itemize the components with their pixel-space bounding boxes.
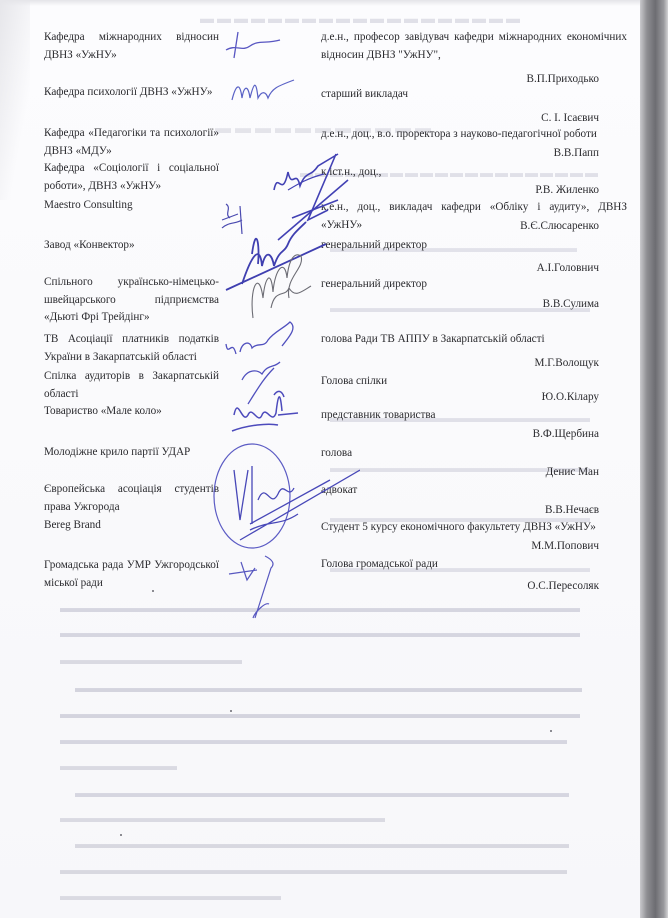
signature-icon (228, 385, 308, 441)
scan-top-shadow (0, 0, 640, 6)
organization-name: Кафедра міжнародних відносин ДВНЗ «УжНУ» (44, 29, 219, 64)
signature-icon (218, 318, 318, 408)
signer-name: В.В.Нечаєв (545, 502, 599, 520)
organization-name: Громадська рада УМР Ужгородської міської… (44, 557, 219, 592)
signature-icon (222, 28, 284, 64)
organization-name: Кафедра «Педагогіки та психології» ДВНЗ … (44, 125, 219, 160)
scanned-page: ▬▬▬▬▬▬▬▬▬▬▬▬▬▬▬▬▬▬▬ ▬▬▬▬▬▬▬▬▬▬▬ ▬▬▬▬▬▬▬▬… (0, 0, 640, 918)
organization-name: Bereg Brand (44, 517, 219, 535)
signer-position: д.е.н., доц., в.о. проректора з науково-… (321, 126, 627, 144)
signer-position: генеральний директор (321, 276, 627, 294)
signer-position: к.іст.н., доц., (321, 164, 627, 182)
signer-position: генеральний директор (321, 237, 627, 255)
page-fold-shadow (0, 0, 30, 200)
signer-position: представник товариства (321, 407, 627, 425)
signature-icon (225, 552, 315, 622)
signer-position: д.е.н., професор завідувач кафедри міжна… (321, 29, 627, 64)
signer-name: В.В.Сулима (543, 296, 599, 314)
signer-name: Денис Ман (546, 464, 599, 482)
organization-name: Молодіжне крило партії УДАР (44, 444, 219, 462)
signer-name: В.Ф.Щербина (533, 426, 599, 444)
organization-name: ТВ Асоціації платників податків України … (44, 331, 219, 366)
scan-binding-edge (640, 0, 668, 918)
organization-name: Спілка аудиторів в Закарпатській області (44, 368, 219, 403)
organization-name: Maestro Consulting (44, 197, 219, 215)
signer-name: С. І. Ісаєвич (541, 110, 599, 128)
signer-name: В.Є.Слюсаренко (520, 218, 599, 236)
signer-name: Р.В. Жиленко (535, 182, 599, 200)
signer-position: адвокат (321, 482, 627, 500)
signer-name: А.І.Головнич (537, 260, 599, 278)
organization-name: Спільного українсько-німецько-швейцарськ… (44, 274, 219, 327)
organization-name: Кафедра психології ДВНЗ «УжНУ» (44, 84, 219, 102)
signer-name: М.М.Попович (531, 538, 599, 556)
signature-icon (218, 200, 248, 240)
organization-name: Товариство «Мале коло» (44, 403, 219, 421)
signer-position: старший викладач (321, 86, 627, 104)
organization-name: Завод «Конвектор» (44, 237, 219, 255)
signature-icon (222, 214, 332, 294)
organization-name: Кафедра «Соціології і соціальної роботи»… (44, 160, 219, 195)
signer-name: О.С.Пересоляк (527, 578, 599, 596)
signer-position: Студент 5 курсу економічного факультету … (321, 519, 627, 537)
signer-position: Голова громадської ради (321, 556, 627, 574)
signature-icon (245, 248, 315, 328)
signer-position: Голова спілки (321, 373, 627, 391)
scan-speck (230, 710, 232, 712)
signer-position: голова (321, 445, 627, 463)
scan-speck (120, 834, 122, 836)
signature-icon (228, 76, 298, 108)
signer-name: М.Г.Волощук (535, 355, 599, 373)
scan-speck (550, 730, 552, 732)
signer-position: голова Ради ТВ АППУ в Закарпатській обла… (321, 331, 627, 349)
organization-name: Європейська асоціація студентів права Уж… (44, 481, 219, 516)
signer-name: В.В.Папп (554, 145, 599, 163)
scan-speck (152, 590, 154, 592)
signer-name: Ю.О.Кілару (542, 389, 599, 407)
